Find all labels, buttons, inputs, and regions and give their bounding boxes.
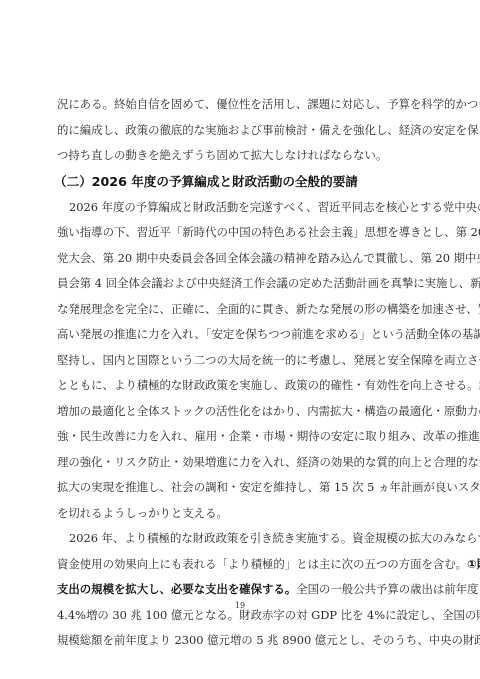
body-line: 高い発展の推進に力を入れ、「安定を保ちつつ前進を求める」という活動全体の基調を (57, 322, 424, 348)
body-line: 規模総額を前年度より 2300 億元増の 5 兆 8900 億元とし、そのうち、… (57, 628, 424, 654)
body-line: つ持ち直しの動きを絶えずうち固めて拡大しなければならない。 (57, 143, 424, 169)
body-line: 2026 年度の予算編成と財政活動を完遂すべく、習近平同志を核心とする党中央の力 (57, 195, 424, 221)
body-line: 況にある。終始自信を固めて、優位性を活用し、課題に対応し、予算を科学的かつ合理 (57, 92, 424, 118)
page-body: 況にある。終始自信を固めて、優位性を活用し、課題に対応し、予算を科学的かつ合理 … (57, 92, 424, 654)
body-line: な発展理念を完全に、正確に、全面的に貫き、新たな発展の形の構築を加速させ、質の (57, 297, 424, 323)
body-text: 全国の一般公共予算の歳出は前年度比 (296, 577, 480, 603)
body-line: 2026 年、より積極的な財政政策を引き続き実施する。資金規模の拡大のみならず、 (57, 526, 424, 552)
body-line: とともに、より積極的な財政政策を実施し、政策の的確性・有効性を向上させる。新規 (57, 373, 424, 399)
bold-emphasis: ①財政 (467, 552, 480, 578)
bold-emphasis: 支出の規模を拡大し、必要な支出を確保する。 (57, 577, 296, 603)
body-line: 理の強化・リスク防止・効果増進に力を入れ、経済の効果的な質的向上と合理的な量的 (57, 450, 424, 476)
paragraph-fiscal-policy: 2026 年、より積極的な財政政策を引き続き実施する。資金規模の拡大のみならず、… (57, 526, 424, 654)
body-line: 強い指導の下、習近平「新時代の中国の特色ある社会主義」思想を導きとし、第 20 … (57, 220, 424, 246)
body-text: 資金使用の効果向上にも表れる「より積極的」とは主に次の五つの方面を含む。 (57, 552, 467, 578)
document-page: 況にある。終始自信を固めて、優位性を活用し、課題に対応し、予算を科学的かつ合理 … (0, 0, 480, 679)
section-heading: （二）2026 年度の予算編成と財政活動の全般的要請 (54, 169, 424, 195)
body-line: 拡大の実現を推進し、社会の調和・安定を維持し、第 15 次 5 ヵ年計画が良いス… (57, 475, 424, 501)
body-line: 増加の最適化と全体ストックの活性化をはかり、内需拡大・構造の最適化・原動力の増 (57, 399, 424, 425)
body-line: を切れるようしっかりと支える。 (57, 501, 424, 527)
paragraph-budget-requirements: 2026 年度の予算編成と財政活動を完遂すべく、習近平同志を核心とする党中央の力… (57, 195, 424, 527)
body-line: 資金使用の効果向上にも表れる「より積極的」とは主に次の五つの方面を含む。 ①財政 (57, 552, 424, 578)
body-line: 堅持し、国内と国際という二つの大局を統一的に考慮し、発展と安全保障を両立させる (57, 348, 424, 374)
page-number: 19 (0, 601, 480, 610)
body-line: 支出の規模を拡大し、必要な支出を確保する。 全国の一般公共予算の歳出は前年度比 (57, 577, 424, 603)
body-line: 的に編成し、政策の徹底的な実施および事前検討・備えを強化し、経済の安定を保ちつ (57, 118, 424, 144)
body-line: 強・民生改善に力を入れ、雇用・企業・市場・期待の安定に取り組み、改革の推進・管 (57, 424, 424, 450)
body-line: 党大会、第 20 期中央委員会各回全体会議の精神を踏み込んで貫徹し、第 20 期… (57, 246, 424, 272)
body-line: 員会第 4 回全体会議および中央経済工作会議の定めた活動計画を真摯に実施し、新た (57, 271, 424, 297)
